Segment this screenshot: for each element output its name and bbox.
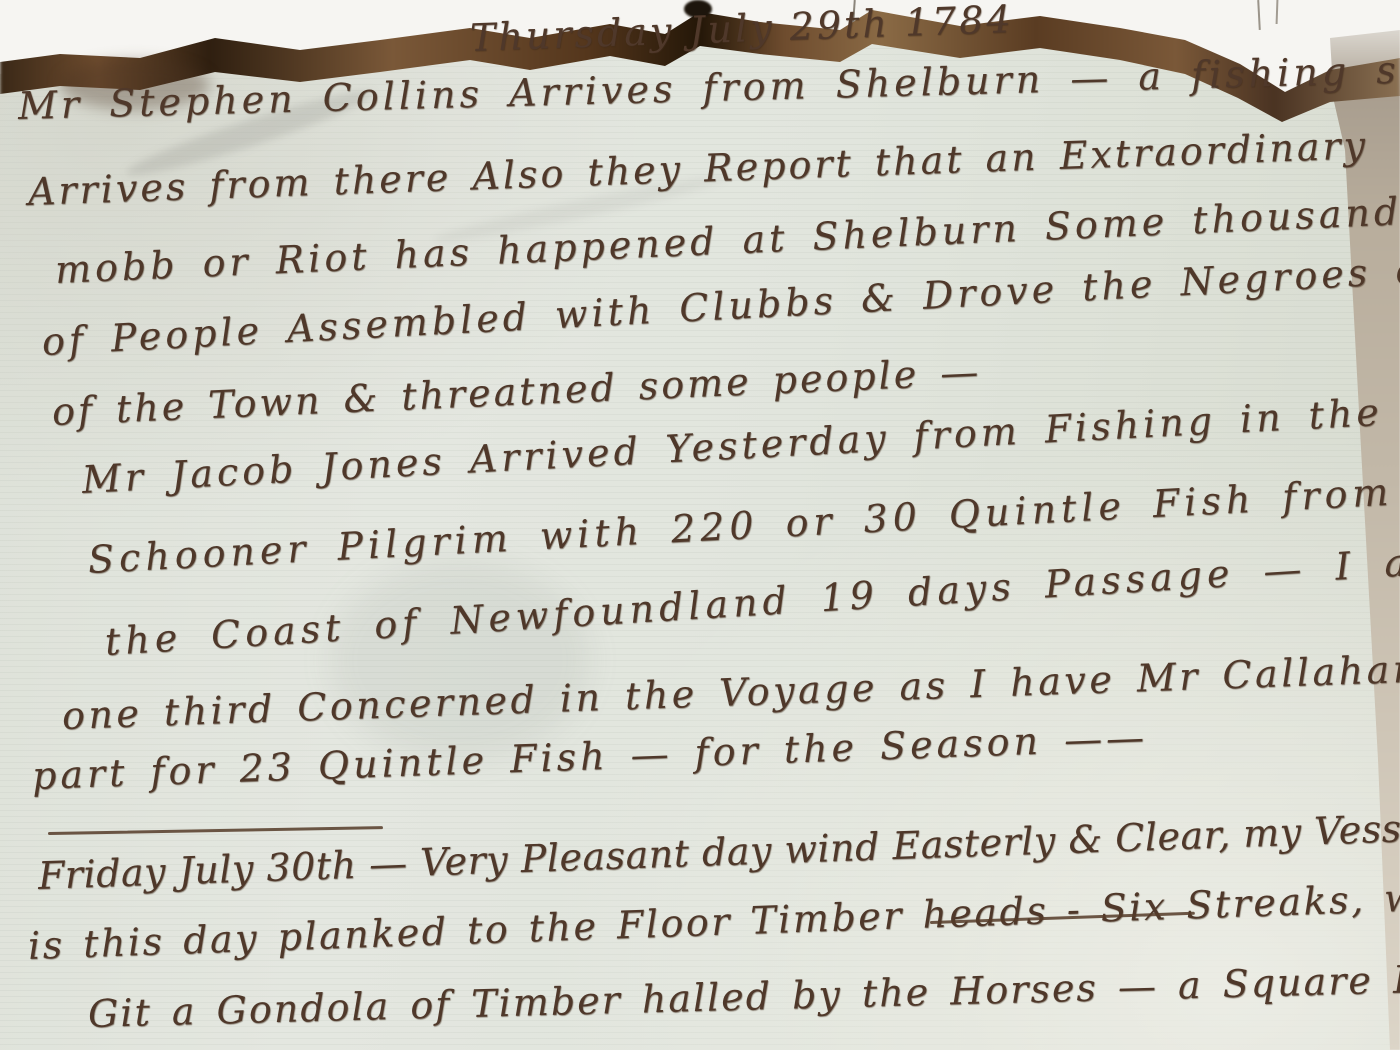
binding-thread <box>1276 0 1279 24</box>
diary-page-photo: Thursday July 29th 1784 Mr Stephen Colli… <box>0 0 1400 1050</box>
paper-stain <box>330 560 590 760</box>
binding-thread <box>1257 0 1261 30</box>
